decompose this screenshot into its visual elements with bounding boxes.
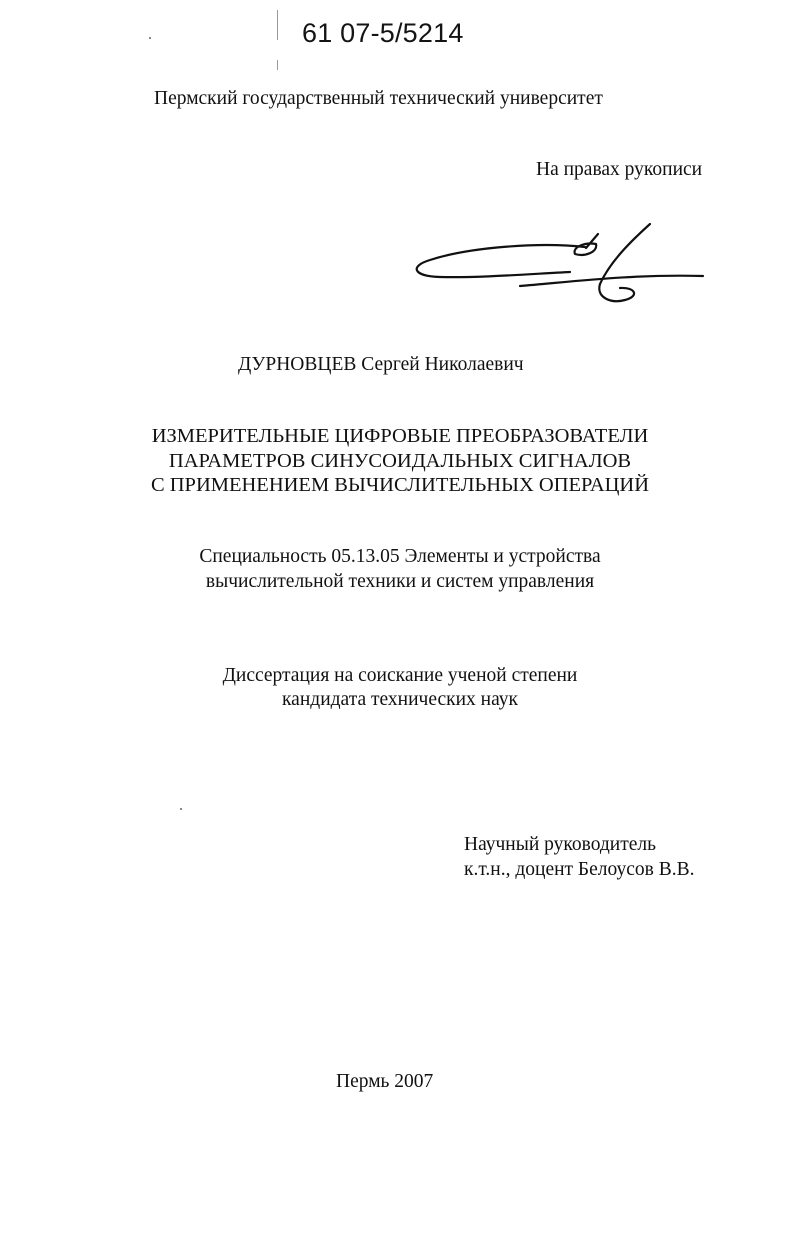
scan-mark xyxy=(277,10,278,40)
supervisor-line: Научный руководитель xyxy=(464,832,695,857)
scan-speck xyxy=(180,808,182,810)
supervisor-line: к.т.н., доцент Белоусов В.В. xyxy=(464,857,695,882)
supervisor-block: Научный руководитель к.т.н., доцент Бело… xyxy=(464,832,695,882)
degree-line: Диссертация на соискание ученой степени xyxy=(120,664,680,688)
archive-stamp-number: 61 07-5/5214 xyxy=(302,18,464,49)
city-year: Пермь 2007 xyxy=(336,1071,433,1093)
scan-mark xyxy=(277,60,278,70)
author-name: ДУРНОВЦЕВ Сергей Николаевич xyxy=(238,354,524,376)
university-name: Пермский государственный технический уни… xyxy=(154,88,603,110)
signature-icon xyxy=(400,212,720,312)
specialty-line: Специальность 05.13.05 Элементы и устрой… xyxy=(120,544,680,569)
title-line: ИЗМЕРИТЕЛЬНЫЕ ЦИФРОВЫЕ ПРЕОБРАЗОВАТЕЛИ xyxy=(120,424,680,449)
specialty-block: Специальность 05.13.05 Элементы и устрой… xyxy=(120,544,680,594)
degree-block: Диссертация на соискание ученой степени … xyxy=(120,664,680,712)
dissertation-title: ИЗМЕРИТЕЛЬНЫЕ ЦИФРОВЫЕ ПРЕОБРАЗОВАТЕЛИ П… xyxy=(120,424,680,498)
scan-speck xyxy=(149,37,151,39)
title-line: С ПРИМЕНЕНИЕМ ВЫЧИСЛИТЕЛЬНЫХ ОПЕРАЦИЙ xyxy=(120,473,680,498)
manuscript-rights-label: На правах рукописи xyxy=(536,159,702,181)
title-line: ПАРАМЕТРОВ СИНУСОИДАЛЬНЫХ СИГНАЛОВ xyxy=(120,449,680,474)
degree-line: кандидата технических наук xyxy=(120,688,680,712)
specialty-line: вычислительной техники и систем управлен… xyxy=(120,569,680,594)
